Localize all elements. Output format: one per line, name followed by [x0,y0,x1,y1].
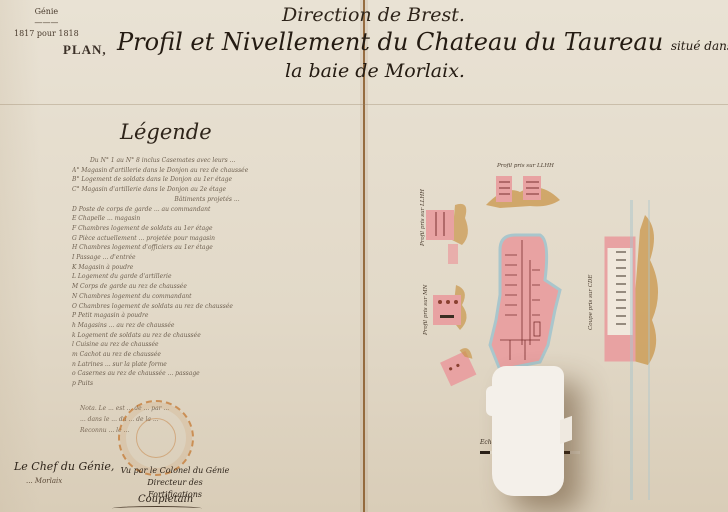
label-profile-fg: Profil pris sur LLHH [420,189,426,246]
water-line [630,200,633,500]
label-profile-mn: Profil pris sur MN [423,285,429,335]
profile-mn-drawing [433,285,467,330]
fortress-drawings [0,0,728,512]
fortress-plan [490,235,560,370]
profile-top-drawing [486,176,560,208]
water-line [648,200,650,500]
paper-flap-tab [486,386,498,416]
profile-op-drawing [439,346,480,386]
paper-flap-overlay [492,366,564,496]
label-profile-top: Profil pris sur LLHH [497,163,554,169]
paper-flap-edge [560,416,572,444]
profile-fg-drawing [426,204,468,264]
label-section-cde: Coupe pris sur CDE [588,275,594,330]
